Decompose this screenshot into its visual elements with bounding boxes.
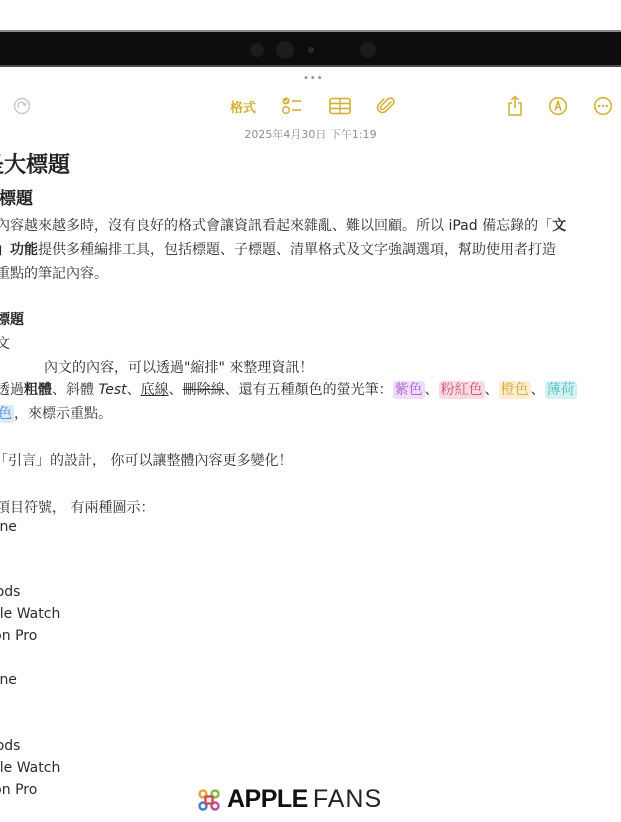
strikethrough-text: 刪除線: [183, 382, 225, 398]
underline-text: 底線: [141, 382, 169, 398]
paragraph-line-1: 記內容越來越多時，沒有良好的格式會讓資訊看起來雜亂、難以回顧。所以 iPad 備…: [0, 215, 566, 235]
applefans-watermark: APPLE FANS: [197, 785, 382, 814]
redo-button[interactable]: [11, 92, 33, 120]
highlight-orange: 橙色: [499, 381, 531, 399]
styles-text: 、還有五種顏色的螢光筆：: [225, 382, 393, 398]
paragraph-bold: 定」功能: [0, 242, 38, 258]
checklist-icon: [281, 96, 303, 116]
watermark-fans: FANS: [313, 785, 382, 814]
camera-sensor: [360, 42, 376, 58]
camera-lens: [308, 47, 314, 53]
paragraph-bold: 文: [552, 218, 566, 234]
paragraph-text: 記內容越來越多時，沒有良好的格式會讓資訊看起來雜亂、難以回顧。所以 iPad 備…: [0, 218, 552, 234]
format-button[interactable]: 格式: [226, 92, 260, 120]
list-item: rPods: [0, 584, 20, 600]
styles-line-2: 藍色，來標示重點。: [0, 403, 112, 423]
more-ellipsis-icon: [593, 96, 613, 116]
redo-icon: [13, 97, 31, 115]
bullets-intro: 是項目符號， 有兩種圖示：: [0, 497, 154, 517]
format-label: 格式: [230, 97, 256, 116]
styles-text: 、: [485, 382, 499, 398]
paragraph-line-3: 有重點的筆記內容。: [0, 263, 108, 283]
paragraph-text: 提供多種編排工具，包括標題、子標題、清單格式及文字強調選項，幫助使用者打造: [38, 242, 556, 258]
more-button[interactable]: [592, 92, 614, 120]
window-grabber[interactable]: •••: [303, 73, 324, 84]
markup-button[interactable]: [547, 92, 569, 120]
table-button[interactable]: [328, 92, 352, 120]
toolbar: 格式: [0, 92, 621, 120]
list-item: sion Pro: [0, 628, 37, 644]
body-label: 內文: [0, 333, 10, 353]
styles-text: 以透過: [0, 382, 24, 398]
note-heading: 小標題: [0, 184, 33, 209]
paragraph-line-2: 定」功能提供多種編排工具，包括標題、子標題、清單格式及文字強調選項，幫助使用者打…: [0, 239, 556, 259]
styles-text: 、: [531, 382, 545, 398]
watermark-apple: APPLE: [227, 785, 308, 814]
note-timestamp: 2025年4月30日 下午1:19: [0, 126, 621, 142]
bold-text: 粗體: [24, 382, 52, 398]
list-item: sion Pro: [0, 782, 37, 798]
styles-line: 以透過粗體、斜體 Test、底線、刪除線、還有五種顏色的螢光筆：紫色、粉紅色、橙…: [0, 379, 577, 399]
share-button[interactable]: [504, 92, 526, 120]
note-subheading: 子標題: [0, 309, 24, 329]
table-icon: [329, 97, 351, 115]
list-item: hone: [0, 672, 17, 688]
styles-text: ，來標示重點。: [14, 406, 112, 422]
highlight-purple: 紫色: [393, 381, 425, 399]
markup-pen-icon: [548, 96, 568, 116]
list-item: hone: [0, 519, 17, 535]
indented-text: 內文的內容，可以透過"縮排" 來整理資訊！: [44, 357, 313, 377]
checklist-button[interactable]: [280, 92, 304, 120]
attachment-button[interactable]: [374, 92, 398, 120]
italic-text: Test: [98, 382, 126, 398]
styles-text: 、: [169, 382, 183, 398]
paperclip-icon: [376, 96, 396, 116]
list-item: rPods: [0, 738, 20, 754]
camera-sensor: [276, 41, 294, 59]
share-icon: [506, 95, 524, 117]
highlight-mint: 薄荷: [545, 381, 577, 399]
highlight-pink: 粉紅色: [439, 381, 485, 399]
list-item: pple Watch: [0, 760, 60, 776]
command-key-logo-icon: [197, 788, 221, 812]
styles-text: 、: [127, 382, 141, 398]
list-item: pple Watch: [0, 606, 60, 622]
device-bezel: [0, 30, 621, 67]
highlight-blue: 藍色: [0, 405, 14, 423]
styles-text: 、: [425, 382, 439, 398]
styles-text: 、斜體: [52, 382, 98, 398]
camera-sensor: [250, 43, 264, 57]
quote-text: 「引言」的設計， 你可以讓整體內容更多變化！: [0, 450, 292, 470]
note-title: 是大標題: [0, 148, 70, 179]
